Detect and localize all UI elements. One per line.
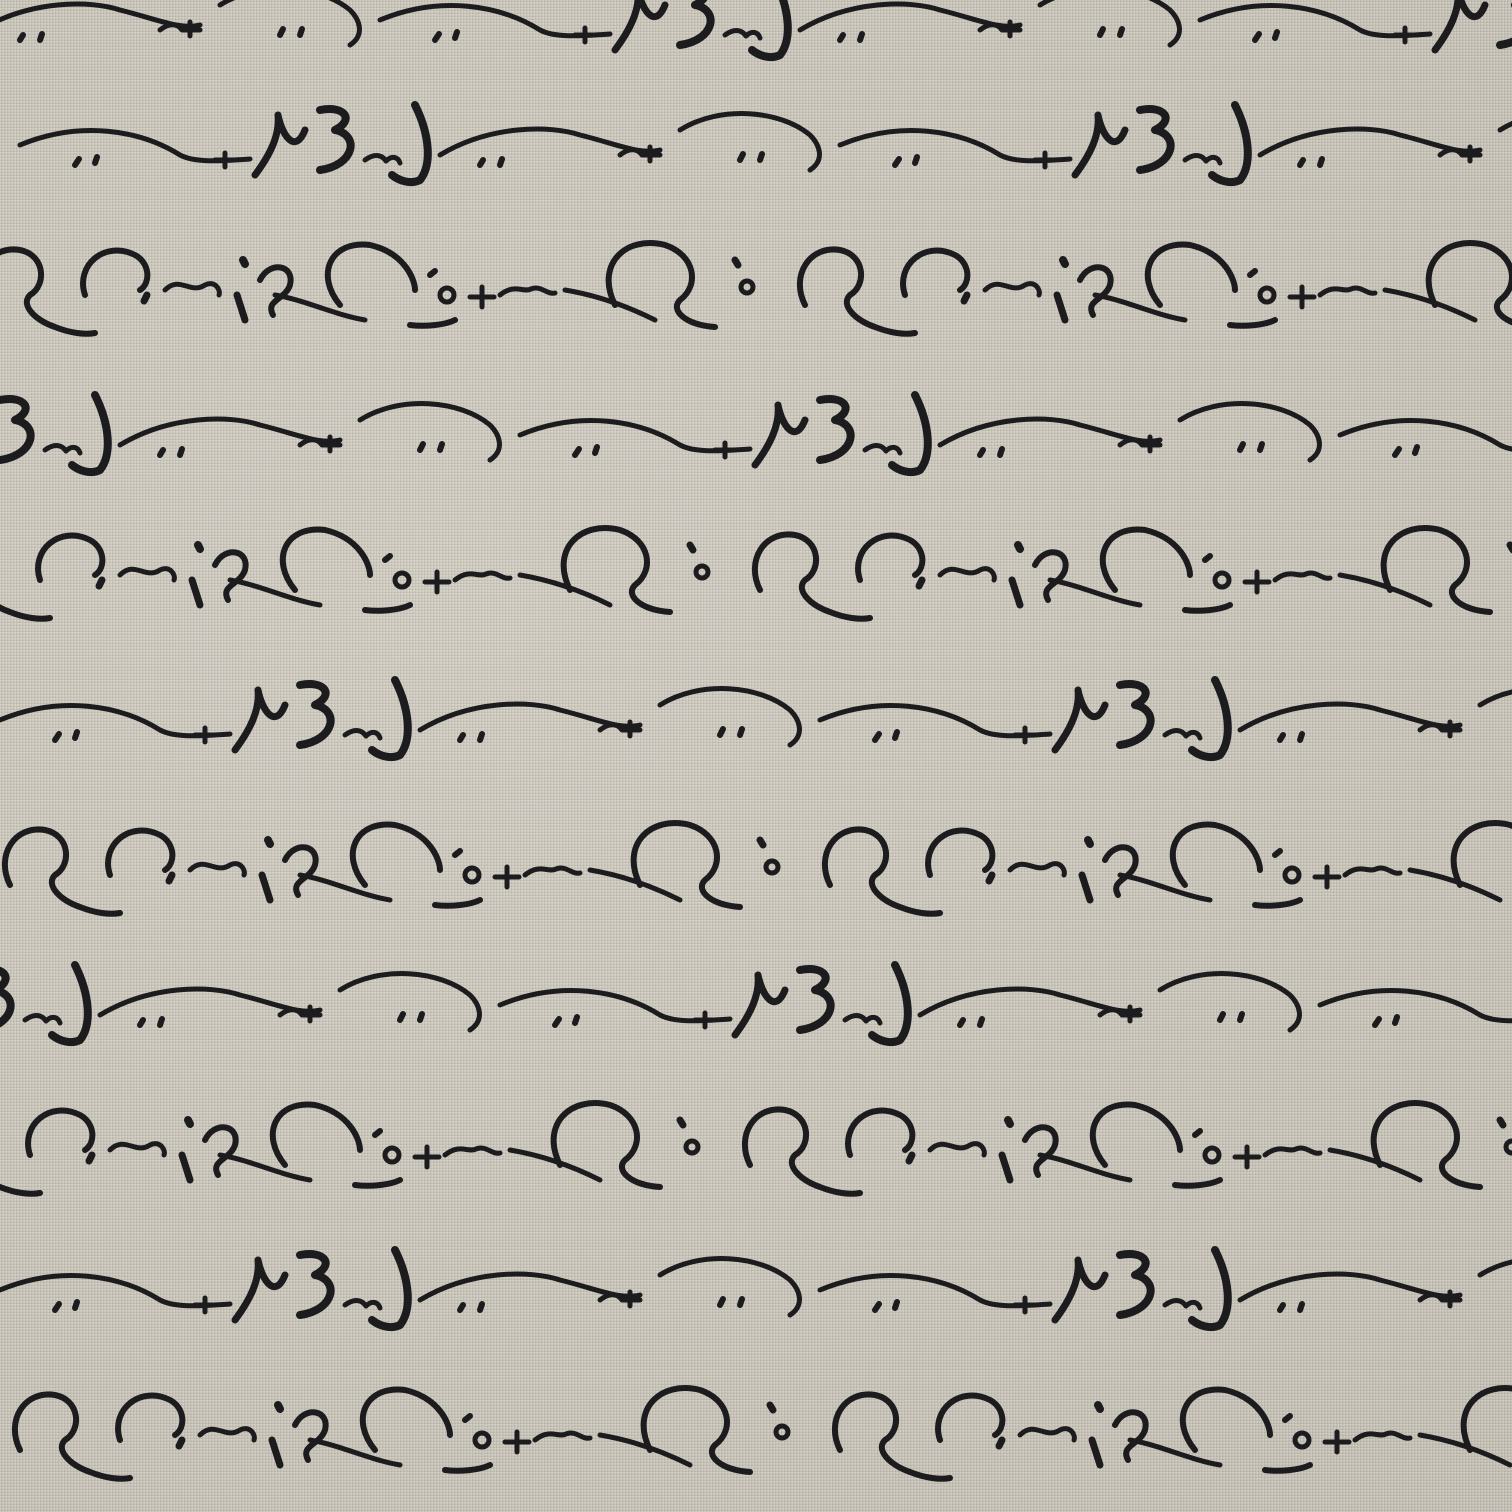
script-row-b <box>0 243 1512 334</box>
script-row-a <box>0 1250 1512 1327</box>
script-row-b <box>0 1103 1512 1194</box>
script-row-b <box>5 823 1512 914</box>
script-row-a <box>0 0 1512 57</box>
script-row-b <box>0 528 1512 619</box>
script-row-a <box>0 395 1512 472</box>
script-row-a <box>20 105 1512 182</box>
script-row-a <box>0 680 1512 757</box>
script-row-a <box>0 965 1512 1042</box>
fabric-texture <box>0 0 1512 1512</box>
script-row-b <box>15 1388 1512 1479</box>
script-pattern <box>0 0 1512 1512</box>
